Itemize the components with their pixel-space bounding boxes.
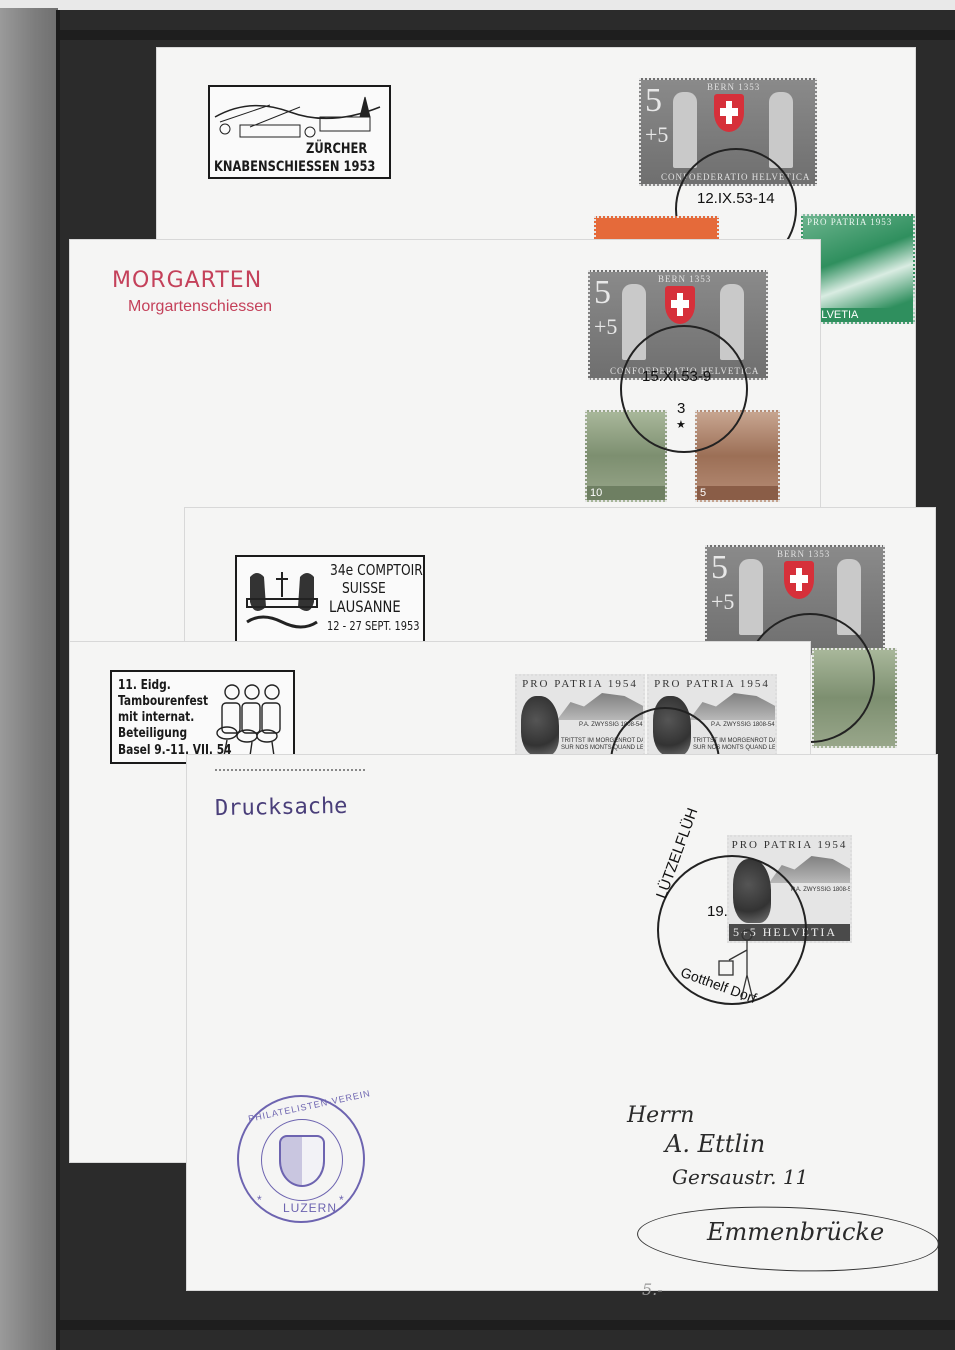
stamp-value: 5 (645, 84, 662, 118)
postmark-star-icon: ★ (676, 418, 686, 431)
seal-star-icon: * (339, 1193, 344, 1207)
lions-emblem-icon (242, 567, 322, 637)
stamp-top-text: BERN 1353 (658, 274, 711, 284)
stamp-surcharge: +5 (645, 124, 668, 146)
postmark-date: 12.IX.53-14 (697, 190, 775, 207)
swiss-cross-shield-icon (784, 561, 814, 599)
album-binder-strip (0, 8, 58, 1350)
stamp-value: 5 (711, 551, 728, 585)
postmark-date: 19. (707, 903, 728, 920)
stamp-top-text: PRO PATRIA 1954 (729, 837, 850, 853)
printed-dots (215, 769, 365, 775)
address-line: Gersaustr. 11 (672, 1165, 808, 1189)
cachet-line: Beteiligung (118, 726, 187, 741)
well-figure-icon (717, 925, 767, 1005)
address-line: Herrn (627, 1103, 694, 1128)
philatelisten-verein-seal: PHILATELISTEN-VEREIN LUZERN * * (237, 1095, 365, 1223)
stamp-top-text: PRO PATRIA 1954 (517, 676, 643, 692)
figure-right (769, 92, 793, 168)
drucksache-label: Drucksache (215, 794, 348, 821)
mountain-icon (557, 690, 645, 720)
plant-icon (521, 696, 559, 756)
seal-text-top: PHILATELISTEN-VEREIN (247, 1088, 371, 1124)
stamp-top-text: PRO PATRIA 1954 (649, 676, 775, 692)
mountain-icon (689, 690, 777, 720)
shield-icon (279, 1135, 325, 1187)
address-line: A. Ettlin (665, 1130, 765, 1158)
cachet-line: LAUSANNE (329, 597, 401, 616)
drummers-illustration-icon (212, 678, 292, 758)
landscape-illustration-icon (210, 87, 390, 147)
figure-left (739, 559, 763, 635)
cachet-comptoir-suisse: 34e COMPTOIR SUISSE LAUSANNE 12 - 27 SEP… (235, 555, 425, 645)
stamp-surcharge: +5 (594, 316, 617, 338)
cover-title: MORGARTEN (112, 268, 262, 293)
cachet-zurcher: ZÜRCHER KNABENSCHIESSEN 1953 (208, 85, 391, 179)
cover-drucksache-luzern[interactable]: Drucksache PRO PATRIA 1954 P.A. ZWYSSIG … (187, 755, 937, 1290)
seal-text-bottom: LUZERN (283, 1201, 337, 1215)
figure-left (673, 92, 697, 168)
stamp-value: 10 (587, 486, 665, 500)
cachet-line: mit internat. (118, 710, 194, 725)
address-underline-loop (636, 1202, 940, 1277)
seal-star-icon: * (257, 1193, 262, 1207)
stamp-top-text: PRO PATRIA 1953 (807, 217, 892, 227)
cachet-line: SUISSE (342, 579, 386, 597)
cachet-line: Tambourenfest (118, 694, 208, 709)
stamp-top-text: BERN 1353 (707, 82, 760, 92)
stamp-name: P.A. ZWYSSIG 1808-54 (711, 722, 775, 729)
postmark-circle (620, 325, 748, 453)
postmark-number: 3 (677, 400, 685, 417)
cachet-tambourenfest: 11. Eidg. Tambourenfest mit internat. Be… (110, 670, 295, 764)
cover-subtitle: Morgartenschiessen (128, 298, 272, 316)
stamp-surcharge: +5 (711, 591, 734, 613)
swiss-cross-shield-icon (714, 94, 744, 132)
pencil-price-note: 5.- (642, 1280, 663, 1299)
swiss-cross-shield-icon (665, 286, 695, 324)
album-strip (60, 30, 955, 40)
cachet-line: ZÜRCHER (306, 141, 367, 157)
cachet-line: KNABENSCHIESSEN 1953 (214, 159, 375, 175)
stamp-value: 5 (697, 486, 778, 500)
cachet-line: 34e COMPTOIR (330, 561, 423, 579)
album-strip (60, 1320, 955, 1330)
cachet-line: 11. Eidg. (118, 678, 171, 693)
stamp-value: 5 (594, 276, 611, 310)
stamp-top-text: BERN 1353 (777, 549, 830, 559)
postmark-date: 15.XI.53-9 (642, 368, 711, 385)
cachet-line: 12 - 27 SEPT. 1953 (327, 619, 420, 633)
stamp-name: P.A. ZWYSSIG 1808-54 (791, 887, 852, 894)
